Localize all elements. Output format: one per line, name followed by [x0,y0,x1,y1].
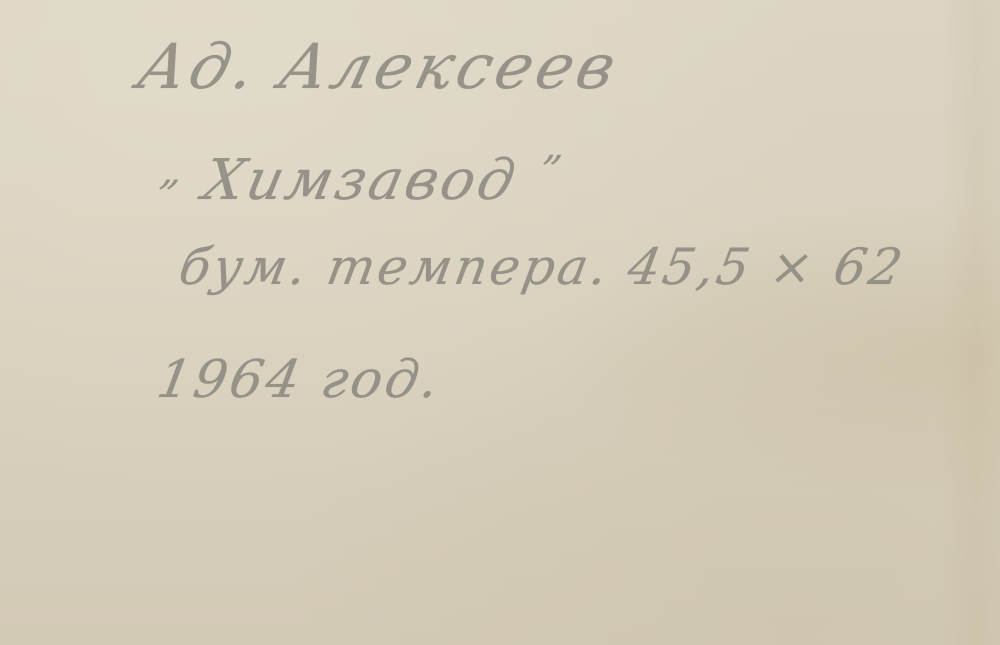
artwork-title: „ Химзавод ” [153,148,568,213]
paper-foxing-stain [940,0,1000,645]
open-quote: „ [157,148,191,194]
paper-sheet: Ад. Алексеев „ Химзавод ” бум. темпера. … [0,0,1000,645]
close-quote: ” [535,148,568,194]
year-inscription: 1964 год. [153,350,447,410]
medium-and-dimensions: бум. темпера. 45,5 × 62 [175,238,909,296]
artwork-title-text: Химзавод [198,148,524,213]
artist-signature: Ад. Алексеев [131,30,627,103]
